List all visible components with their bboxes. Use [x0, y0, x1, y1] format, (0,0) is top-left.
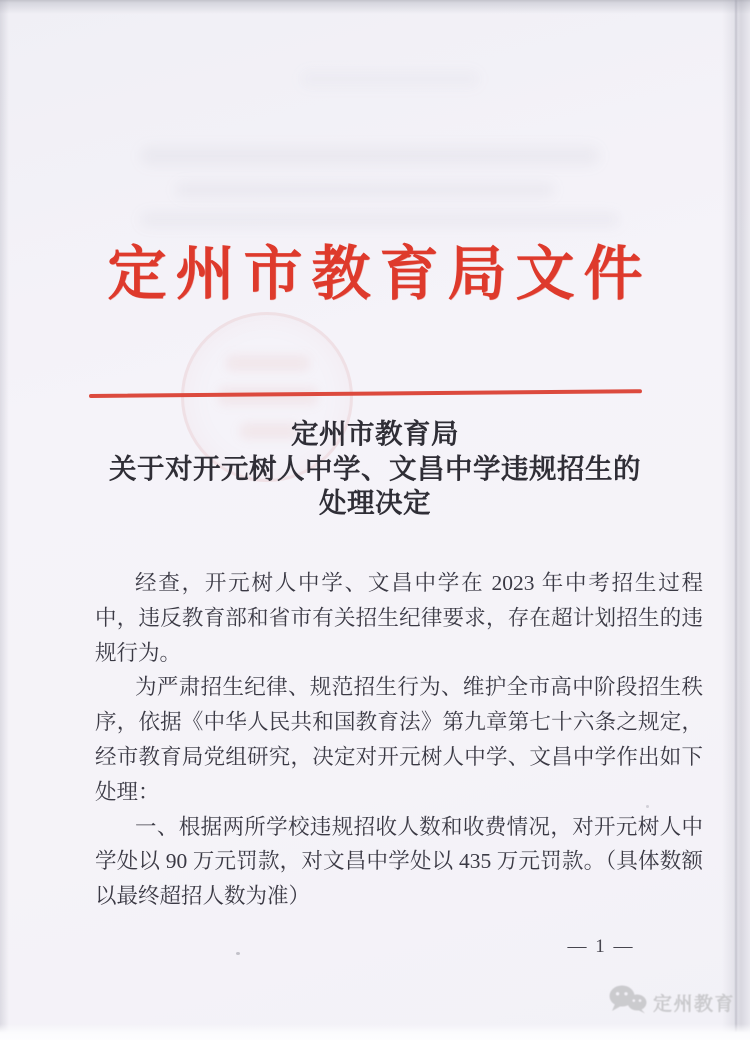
bleedthrough-artifact — [175, 182, 555, 198]
page-number: — 1 — — [551, 936, 651, 958]
scanned-official-document-page: 定州市教育局文件 定州市教育局 关于对开元树人中学、文昌中学违规招生的 处理决定… — [0, 0, 750, 1040]
bleedthrough-artifact — [300, 70, 480, 88]
bleedthrough-artifact — [140, 212, 620, 227]
bleedthrough-artifact — [140, 146, 600, 166]
scan-bottom-edge — [0, 1024, 750, 1040]
red-divider-line — [89, 389, 642, 398]
scan-speck — [236, 952, 240, 955]
body-paragraph: 经查，开元树人中学、文昌中学在 2023 年中考招生过程中，违反教育部和省市有关… — [95, 566, 703, 670]
agency-letterhead-title: 定州市教育局文件 — [0, 243, 750, 305]
document-title: 定州市教育局 关于对开元树人中学、文昌中学违规招生的 处理决定 — [0, 417, 750, 521]
scan-top-edge-shadow — [0, 0, 750, 14]
watermark-label: 定州教育 — [653, 989, 735, 1016]
document-title-line2: 关于对开元树人中学、文昌中学违规招生的 — [0, 452, 750, 487]
scan-speck — [646, 805, 649, 808]
body-paragraph: 为严肃招生纪律、规范招生行为、维护全市高中阶段招生秩序，依据《中华人民共和国教育… — [95, 670, 703, 809]
wechat-logo-icon — [608, 984, 648, 1020]
wechat-account-watermark: 定州教育 — [608, 984, 735, 1020]
document-title-line1: 定州市教育局 — [0, 417, 750, 452]
document-body: 经查，开元树人中学、文昌中学在 2023 年中考招生过程中，违反教育部和省市有关… — [95, 566, 703, 914]
document-title-line3: 处理决定 — [0, 486, 750, 521]
body-paragraph: 一、根据两所学校违规招收人数和收费情况，对开元树人中学处以 90 万元罚款，对文… — [95, 810, 703, 914]
